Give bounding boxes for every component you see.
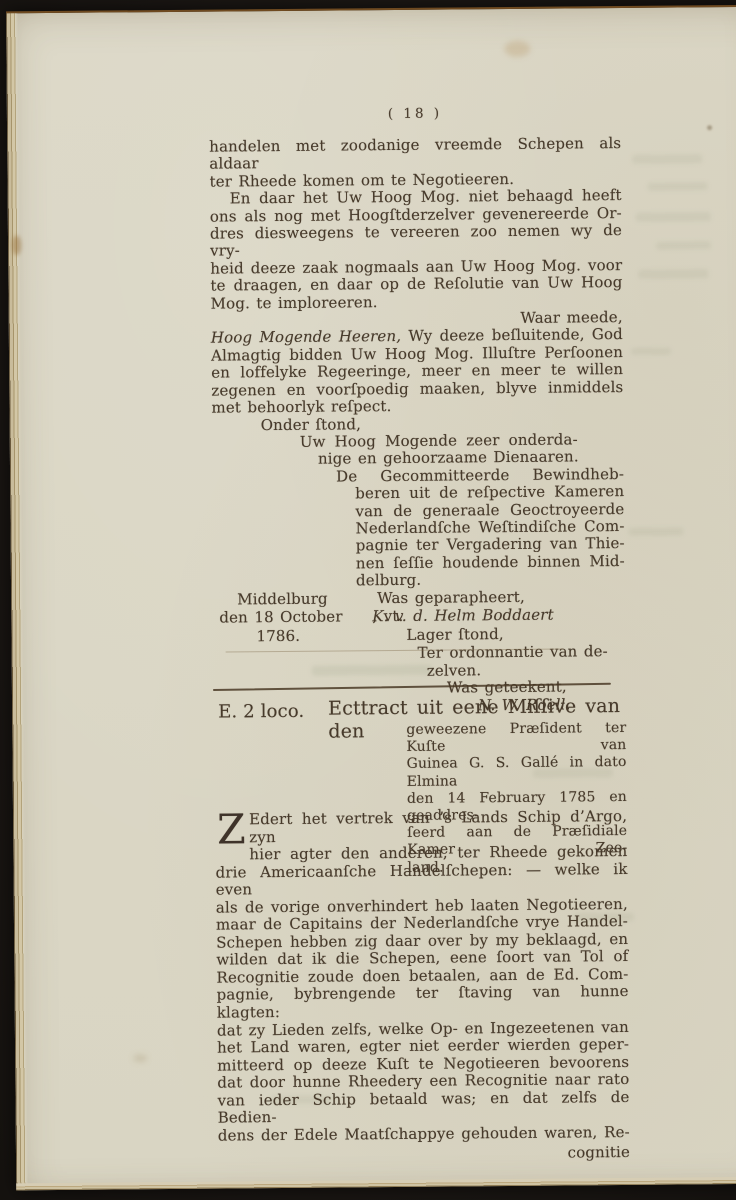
text-line: pagnie, bybrengende ter ſtaving van hunn…	[217, 983, 629, 1022]
show-through-smudge	[636, 212, 711, 222]
page-content: ( 18 ) handelen met zoodanige vreemde Sc…	[6, 7, 736, 1190]
section-label: E. 2 loco.	[218, 701, 304, 724]
text-line: dens der Edele Maatſchappye gehouden war…	[218, 1124, 630, 1145]
text-line: zelven.	[427, 661, 626, 680]
text-line: van ieder Schip betaald was; en dat zelf…	[217, 1089, 629, 1128]
text-line: te draagen, en daar op de Reſolutie van …	[210, 274, 622, 295]
text-line: Edert het vertrek van ’s Lands Schip d’A…	[215, 808, 627, 847]
foxing-stain	[12, 235, 21, 255]
show-through-smudge	[648, 182, 708, 191]
dateline-year: 1786.	[256, 628, 300, 646]
page-number: ( 18 )	[209, 104, 621, 125]
body-paragraph: Z Edert het vertrek van ’s Lands Schip d…	[215, 808, 630, 1166]
text-column: handelen met zoodanige vreemde Schepen a…	[209, 135, 626, 717]
lager-stond-note: Lager ſtond,	[406, 626, 503, 644]
text-line: handelen met zoodanige vreemde Schepen a…	[209, 135, 621, 173]
paraph-note: Was geparapheert,	[377, 588, 525, 607]
show-through-smudge	[638, 269, 708, 279]
show-through-smudge	[631, 348, 671, 355]
foxing-stain	[504, 41, 530, 57]
text-line: Ter ordonnantie van de-	[418, 643, 626, 662]
book-page: ( 18 ) handelen met zoodanige vreemde Sc…	[6, 5, 736, 1190]
dateline-date: den 18 October	[219, 609, 342, 627]
foxing-stain	[707, 125, 712, 130]
photographed-book-spread: { "colors": { "paper": "#dcd8c7", "ink":…	[0, 0, 736, 1200]
dateline-row: 1786. Lager ſtond,	[213, 625, 625, 647]
dateline-place: Middelburg	[237, 590, 328, 608]
show-through-smudge	[656, 241, 711, 249]
text-line: Guinea G. S. Gallé in dato Elmina	[407, 754, 627, 790]
text-line: drie Americaanſche Handelſchepen: — welk…	[215, 861, 627, 900]
show-through-smudge	[632, 154, 702, 164]
show-through-smudge	[629, 527, 684, 535]
salutation-italic: Hoog Mogende Heeren,	[211, 327, 401, 347]
text-line: nen ſeſſie houdende binnen Mid-	[356, 553, 625, 573]
drop-cap: Z	[217, 812, 246, 846]
text-line: zegenen en voorſpoedig maaken, blyve inm…	[211, 379, 623, 400]
foxing-stain	[133, 1054, 147, 1062]
text-line: dres diesweegens te vereeren zoo nemen w…	[210, 222, 622, 260]
catchword: cognitie	[218, 1144, 630, 1165]
text-line: geweezene Præſident ter Kuſte van	[406, 720, 626, 756]
